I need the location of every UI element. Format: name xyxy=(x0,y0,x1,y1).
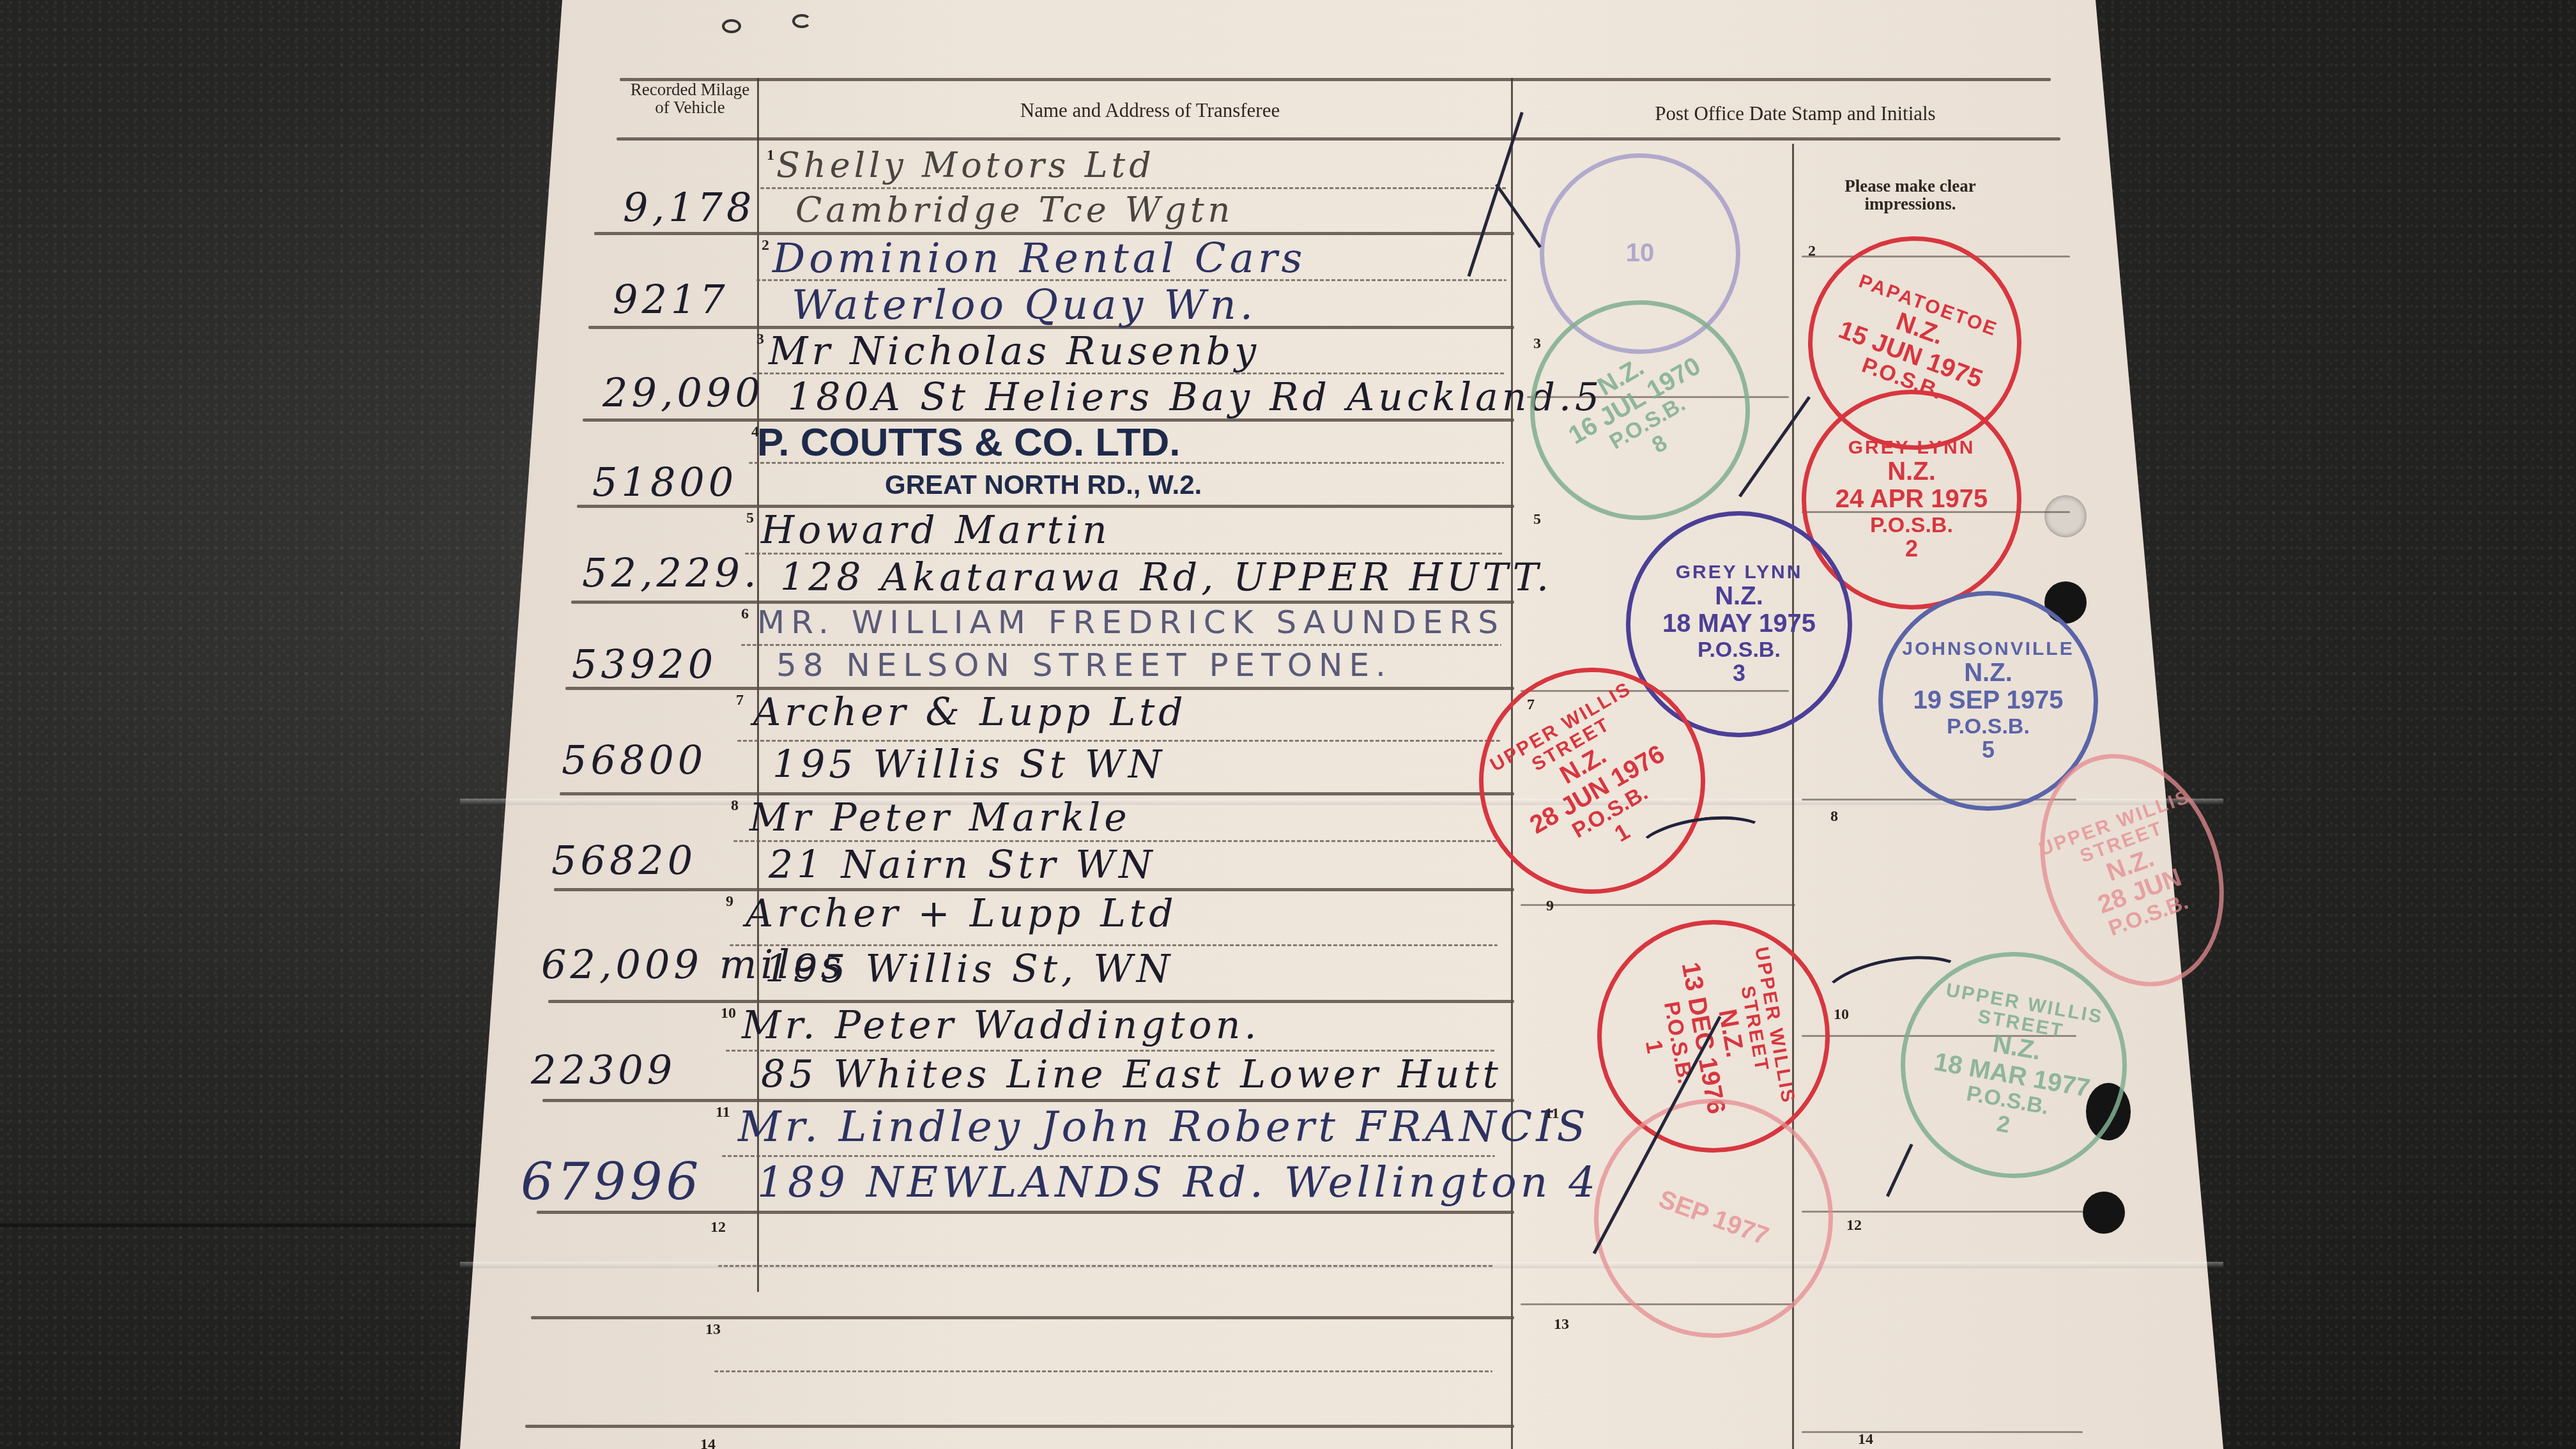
mileage-value: 56800 xyxy=(562,737,707,783)
mileage-value: 52,229. xyxy=(582,549,760,596)
punch-hole xyxy=(2083,1192,2125,1234)
stamp-slot-number: 8 xyxy=(1830,808,1838,825)
stamp-slot-number: 12 xyxy=(1846,1217,1862,1234)
mileage-value: 51800 xyxy=(592,459,737,505)
transferee-address: 189 NEWLANDS Rd. Wellington 4 xyxy=(757,1158,1599,1207)
header-note: Please make clear impressions. xyxy=(1840,178,1981,213)
row-number: 10 xyxy=(721,1005,736,1022)
address-guide-rule xyxy=(714,1370,1492,1372)
header-name-address: Name and Address of Transferee xyxy=(894,100,1406,121)
address-guide-rule xyxy=(737,740,1500,742)
stamp-cell-rule xyxy=(1521,904,1795,906)
header-stamp: Post Office Date Stamp and Initials xyxy=(1565,103,2025,124)
row-number: 12 xyxy=(710,1219,726,1236)
row-number: 2 xyxy=(762,237,769,254)
stamp-office: GREY LYNN xyxy=(1676,562,1803,583)
row-number: 14 xyxy=(700,1436,716,1449)
row-number: 7 xyxy=(736,692,744,709)
punch-hole xyxy=(2044,495,2087,537)
transferee-name: MR. WILLIAM FREDRICK SAUNDERS xyxy=(757,604,1505,641)
row-number: 1 xyxy=(767,147,774,164)
address-guide-rule xyxy=(760,187,1508,189)
transferee-address: Cambridge Tce Wgtn xyxy=(795,190,1234,230)
stamp-date: SEP 1977 xyxy=(1655,1186,1772,1251)
stamp-posb: P.O.S.B. xyxy=(1947,715,2030,739)
transferee-name: Mr. Lindley John Robert FRANCIS xyxy=(738,1102,1590,1151)
stamp-num: 2 xyxy=(1995,1111,2011,1138)
transferee-address: 21 Nairn Str WN xyxy=(769,843,1156,887)
stamp-posb: P.O.S.B. xyxy=(1870,514,1953,537)
transferee-name: Archer + Lupp Ltd xyxy=(746,891,1177,936)
stamp-nz: N.Z. xyxy=(1887,458,1936,486)
row-number: 9 xyxy=(726,893,733,910)
transferee-name: Mr Nicholas Rusenby xyxy=(769,329,1260,374)
stamp-num: 5 xyxy=(1982,738,1995,763)
stamp-nz: N.Z. xyxy=(1715,583,1763,610)
stamp-date: 24 APR 1975 xyxy=(1836,486,1988,513)
stamp-slot-number: 3 xyxy=(1533,335,1541,353)
ink-mark xyxy=(722,19,741,33)
transferee-name: Mr. Peter Waddington. xyxy=(742,1003,1260,1048)
row-number: 5 xyxy=(746,510,754,527)
row-rule xyxy=(531,1316,1514,1319)
transferee-address: 128 Akatarawa Rd, UPPER HUTT. xyxy=(780,555,1552,600)
transferee-address: Waterloo Quay Wn. xyxy=(792,282,1257,329)
stamp-slot-number: 14 xyxy=(1858,1431,1873,1448)
address-guide-rule xyxy=(741,644,1501,646)
transferee-address: 195 Willis St, WN xyxy=(765,947,1174,992)
address-guide-rule xyxy=(722,1155,1495,1157)
mileage-value: 9217 xyxy=(613,276,729,323)
transferee-address: 195 Willis St WN xyxy=(772,742,1165,787)
stamp-office: JOHNSONVILLE xyxy=(1902,639,2074,659)
mileage-value: 67996 xyxy=(521,1152,703,1211)
stamp-nz: N.Z. xyxy=(1964,659,2012,687)
table-top-rule xyxy=(620,78,2051,81)
address-guide-rule xyxy=(745,553,1503,555)
transferee-address: 58 NELSON STREET PETONE. xyxy=(776,647,1392,684)
address-guide-rule xyxy=(718,1265,1494,1267)
header-mileage: Recorded Milage of Vehicle xyxy=(629,81,751,116)
address-guide-rule xyxy=(733,840,1499,842)
mileage-value: 56820 xyxy=(551,837,696,884)
row-number: 11 xyxy=(716,1104,730,1121)
stamp-slot-number: 11 xyxy=(1545,1105,1560,1123)
row-rule xyxy=(537,1211,1514,1214)
stamp-date: 18 MAY 1975 xyxy=(1662,610,1816,638)
stamp-slot-number: 2 xyxy=(1808,243,1816,260)
transferee-name: Archer & Lupp Ltd xyxy=(753,690,1187,735)
stamp-slot-number: 13 xyxy=(1554,1316,1569,1333)
mileage-value: 22309 xyxy=(531,1046,676,1093)
transferee-address: GREAT NORTH RD., W.2. xyxy=(885,470,1202,500)
row-number: 6 xyxy=(741,606,749,623)
stamp-date: 19 SEP 1975 xyxy=(1913,687,2063,714)
transferee-name: Dominion Rental Cars xyxy=(772,235,1306,282)
transferee-address: 85 Whites Line East Lower Hutt xyxy=(761,1052,1502,1097)
stamp-slot-number: 9 xyxy=(1546,898,1554,915)
mileage-value: 29,090 xyxy=(602,369,764,416)
stamp-office: GREY LYNN xyxy=(1848,438,1975,458)
stamp-num: 2 xyxy=(1905,537,1918,562)
row-rule xyxy=(525,1425,1514,1428)
stamp-cell-rule xyxy=(1802,1431,2083,1433)
mileage-value: 53920 xyxy=(572,641,717,687)
transferee-name: Mr Peter Markle xyxy=(749,795,1131,840)
stamp-slot-number: 5 xyxy=(1533,511,1541,528)
stamp-num: 1 xyxy=(1641,1038,1668,1055)
row-number: 3 xyxy=(756,331,764,348)
address-guide-rule xyxy=(726,1050,1496,1052)
stamp-cell-rule xyxy=(1802,1211,2083,1213)
stamp-num: 1 xyxy=(1611,819,1634,847)
row-number: 8 xyxy=(731,797,739,815)
transferee-address: 180A St Heliers Bay Rd Auckland.5 xyxy=(788,375,1603,420)
transferee-name: P. COUTTS & CO. LTD. xyxy=(757,420,1181,465)
mileage-value: 9,178 xyxy=(623,184,756,231)
stamp-date: 10 xyxy=(1626,240,1655,267)
desk-seam xyxy=(0,1223,486,1227)
transferee-name: Howard Martin xyxy=(761,508,1111,553)
header-bottom-rule xyxy=(617,137,2060,141)
ink-mark xyxy=(792,14,811,28)
stamp-num: 3 xyxy=(1733,661,1745,686)
transferee-name: Shelly Motors Ltd xyxy=(776,145,1155,185)
row-number: 13 xyxy=(705,1321,721,1338)
stamp-num: 8 xyxy=(1648,430,1671,458)
stamp-posb: P.O.S.B. xyxy=(1698,638,1781,662)
